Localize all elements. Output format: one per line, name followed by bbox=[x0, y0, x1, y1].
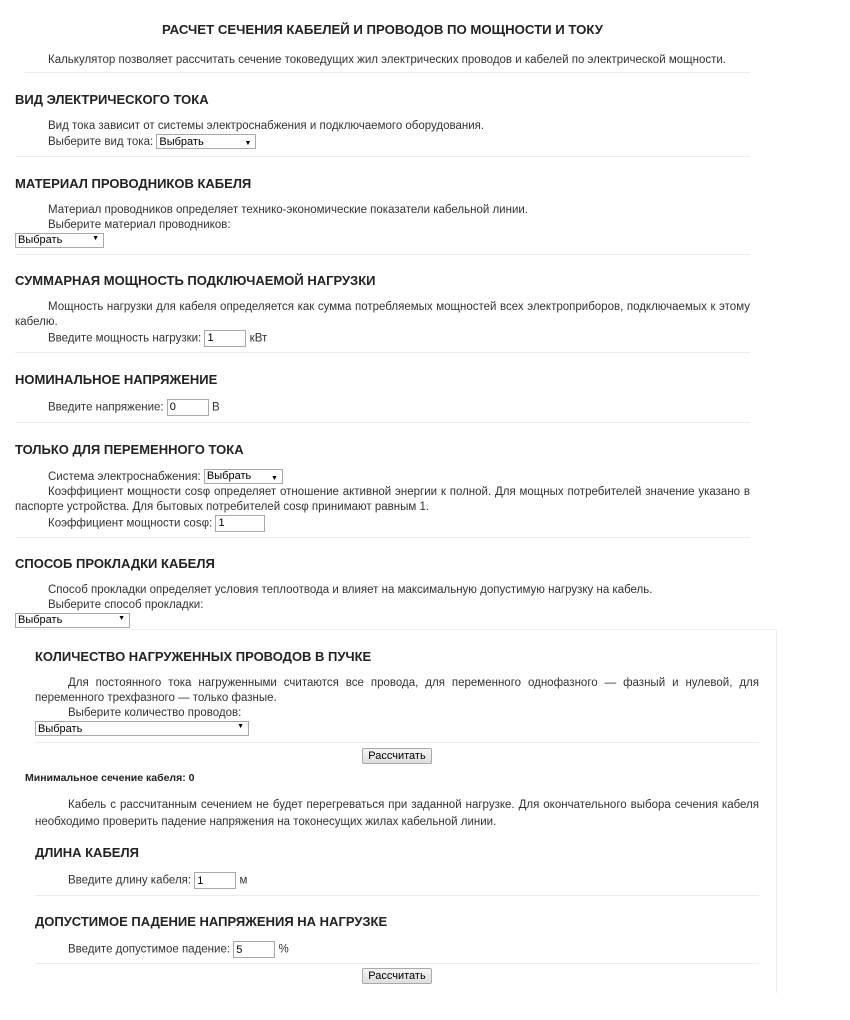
laying-row: Выбрать ▼ bbox=[15, 613, 750, 628]
section-description: Вид тока зависит от системы электроснабж… bbox=[15, 119, 750, 134]
calc-button-row-2: Рассчитать bbox=[35, 968, 759, 984]
power-system-label: Система электроснабжения: bbox=[48, 471, 201, 483]
section-current-type: ВИД ЭЛЕКТРИЧЕСКОГО ТОКА Вид тока зависит… bbox=[15, 73, 750, 157]
section-power: СУММАРНАЯ МОЩНОСТЬ ПОДКЛЮЧАЕМОЙ НАГРУЗКИ… bbox=[15, 255, 750, 353]
voltage-row: Введите напряжение: В bbox=[15, 399, 750, 416]
power-system-select-wrap[interactable]: Выбрать ▼ bbox=[204, 469, 283, 485]
cos-phi-label: Коэффициент мощности cosφ: bbox=[48, 517, 212, 529]
section-heading: КОЛИЧЕСТВО НАГРУЖЕННЫХ ПРОВОДОВ В ПУЧКЕ bbox=[35, 649, 759, 665]
divider bbox=[35, 742, 759, 743]
material-label: Выберите материал проводников: bbox=[15, 218, 750, 233]
current-type-select-wrap[interactable]: Выбрать ▼ bbox=[156, 134, 256, 150]
section-heading: СПОСОБ ПРОКЛАДКИ КАБЕЛЯ bbox=[15, 556, 750, 572]
result-note: Кабель с рассчитанным сечением не будет … bbox=[35, 797, 759, 831]
section-length: ДЛИНА КАБЕЛЯ Введите длину кабеля: м bbox=[35, 831, 759, 896]
material-select-wrap[interactable]: Выбрать ▼ bbox=[15, 233, 104, 248]
result-label: Минимальное сечение кабеля: bbox=[25, 772, 186, 784]
power-unit: кВт bbox=[250, 332, 268, 344]
power-system-row: Система электроснабжения: Выбрать ▼ bbox=[15, 469, 750, 485]
drop-unit: % bbox=[278, 944, 288, 956]
section-heading: СУММАРНАЯ МОЩНОСТЬ ПОДКЛЮЧАЕМОЙ НАГРУЗКИ bbox=[15, 273, 750, 289]
page-intro: Калькулятор позволяет рассчитать сечение… bbox=[15, 42, 750, 72]
length-unit: м bbox=[240, 875, 248, 887]
calculator-page: РАСЧЕТ СЕЧЕНИЯ КАБЕЛЕЙ И ПРОВОДОВ ПО МОЩ… bbox=[15, 0, 750, 628]
section-material: МАТЕРИАЛ ПРОВОДНИКОВ КАБЕЛЯ Материал про… bbox=[15, 157, 750, 255]
length-label: Введите длину кабеля: bbox=[68, 875, 191, 887]
drop-row: Введите допустимое падение: % bbox=[35, 941, 759, 958]
result-value: 0 bbox=[189, 772, 195, 784]
power-input[interactable] bbox=[204, 330, 246, 347]
section-heading: НОМИНАЛЬНОЕ НАПРЯЖЕНИЕ bbox=[15, 372, 750, 388]
laying-select-wrap[interactable]: Выбрать ▼ bbox=[15, 613, 130, 628]
cos-phi-input[interactable] bbox=[215, 515, 265, 532]
calculate-voltage-drop-button[interactable]: Рассчитать bbox=[362, 968, 431, 984]
section-ac-only: ТОЛЬКО ДЛЯ ПЕРЕМЕННОГО ТОКА Система элек… bbox=[15, 423, 750, 538]
results-panel: КОЛИЧЕСТВО НАГРУЖЕННЫХ ПРОВОДОВ В ПУЧКЕ … bbox=[25, 629, 777, 993]
current-type-row: Выберите вид тока: Выбрать ▼ bbox=[15, 134, 750, 150]
power-system-select[interactable]: Выбрать bbox=[204, 469, 283, 484]
page-title: РАСЧЕТ СЕЧЕНИЯ КАБЕЛЕЙ И ПРОВОДОВ ПО МОЩ… bbox=[15, 22, 750, 42]
section-description: Способ прокладки определяет условия тепл… bbox=[15, 583, 750, 598]
voltage-input[interactable] bbox=[167, 399, 209, 416]
bundle-select-wrap[interactable]: Выбрать ▼ bbox=[35, 721, 249, 736]
cos-phi-row: Коэффициент мощности cosφ: bbox=[15, 515, 750, 532]
current-type-label: Выберите вид тока: bbox=[48, 136, 153, 148]
section-heading: МАТЕРИАЛ ПРОВОДНИКОВ КАБЕЛЯ bbox=[15, 176, 750, 192]
section-description: Мощность нагрузки для кабеля определяетс… bbox=[15, 300, 750, 330]
section-heading: ДОПУСТИМОЕ ПАДЕНИЕ НАПРЯЖЕНИЯ НА НАГРУЗК… bbox=[35, 914, 759, 930]
section-description: Материал проводников определяет технико-… bbox=[15, 203, 750, 218]
voltage-unit: В bbox=[212, 401, 220, 413]
divider bbox=[35, 963, 759, 964]
length-row: Введите длину кабеля: м bbox=[35, 872, 759, 889]
section-laying: СПОСОБ ПРОКЛАДКИ КАБЕЛЯ Способ прокладки… bbox=[15, 538, 750, 628]
voltage-drop-input[interactable] bbox=[233, 941, 275, 958]
section-heading: ТОЛЬКО ДЛЯ ПЕРЕМЕННОГО ТОКА bbox=[15, 442, 750, 458]
wire-count-select[interactable]: Выбрать bbox=[35, 721, 249, 736]
section-voltage: НОМИНАЛЬНОЕ НАПРЯЖЕНИЕ Введите напряжени… bbox=[15, 353, 750, 423]
power-label: Введите мощность нагрузки: bbox=[48, 332, 201, 344]
bundle-row: Выбрать ▼ bbox=[35, 721, 759, 736]
length-input[interactable] bbox=[194, 872, 236, 889]
material-select[interactable]: Выбрать bbox=[15, 233, 104, 248]
result-line: Минимальное сечение кабеля: 0 bbox=[25, 772, 759, 784]
section-bundle: КОЛИЧЕСТВО НАГРУЖЕННЫХ ПРОВОДОВ В ПУЧКЕ … bbox=[35, 630, 759, 743]
material-row: Выбрать ▼ bbox=[15, 233, 750, 248]
laying-select[interactable]: Выбрать bbox=[15, 613, 130, 628]
section-heading: ДЛИНА КАБЕЛЯ bbox=[35, 845, 759, 861]
voltage-label: Введите напряжение: bbox=[48, 401, 164, 413]
calc-button-row: Рассчитать bbox=[35, 748, 759, 764]
laying-label: Выберите способ прокладки: bbox=[15, 598, 750, 613]
drop-label: Введите допустимое падение: bbox=[68, 944, 230, 956]
bundle-label: Выберите количество проводов: bbox=[35, 706, 759, 721]
results-panel-content: КОЛИЧЕСТВО НАГРУЖЕННЫХ ПРОВОДОВ В ПУЧКЕ … bbox=[35, 630, 759, 984]
power-row: Введите мощность нагрузки: кВт bbox=[15, 330, 750, 347]
calculate-button[interactable]: Рассчитать bbox=[362, 748, 431, 764]
section-heading: ВИД ЭЛЕКТРИЧЕСКОГО ТОКА bbox=[15, 92, 750, 108]
section-description: Для постоянного тока нагруженными считаю… bbox=[35, 676, 759, 706]
current-type-select[interactable]: Выбрать bbox=[156, 134, 256, 149]
section-description: Коэффициент мощности cosφ определяет отн… bbox=[15, 485, 750, 515]
section-voltage-drop: ДОПУСТИМОЕ ПАДЕНИЕ НАПРЯЖЕНИЯ НА НАГРУЗК… bbox=[35, 896, 759, 964]
